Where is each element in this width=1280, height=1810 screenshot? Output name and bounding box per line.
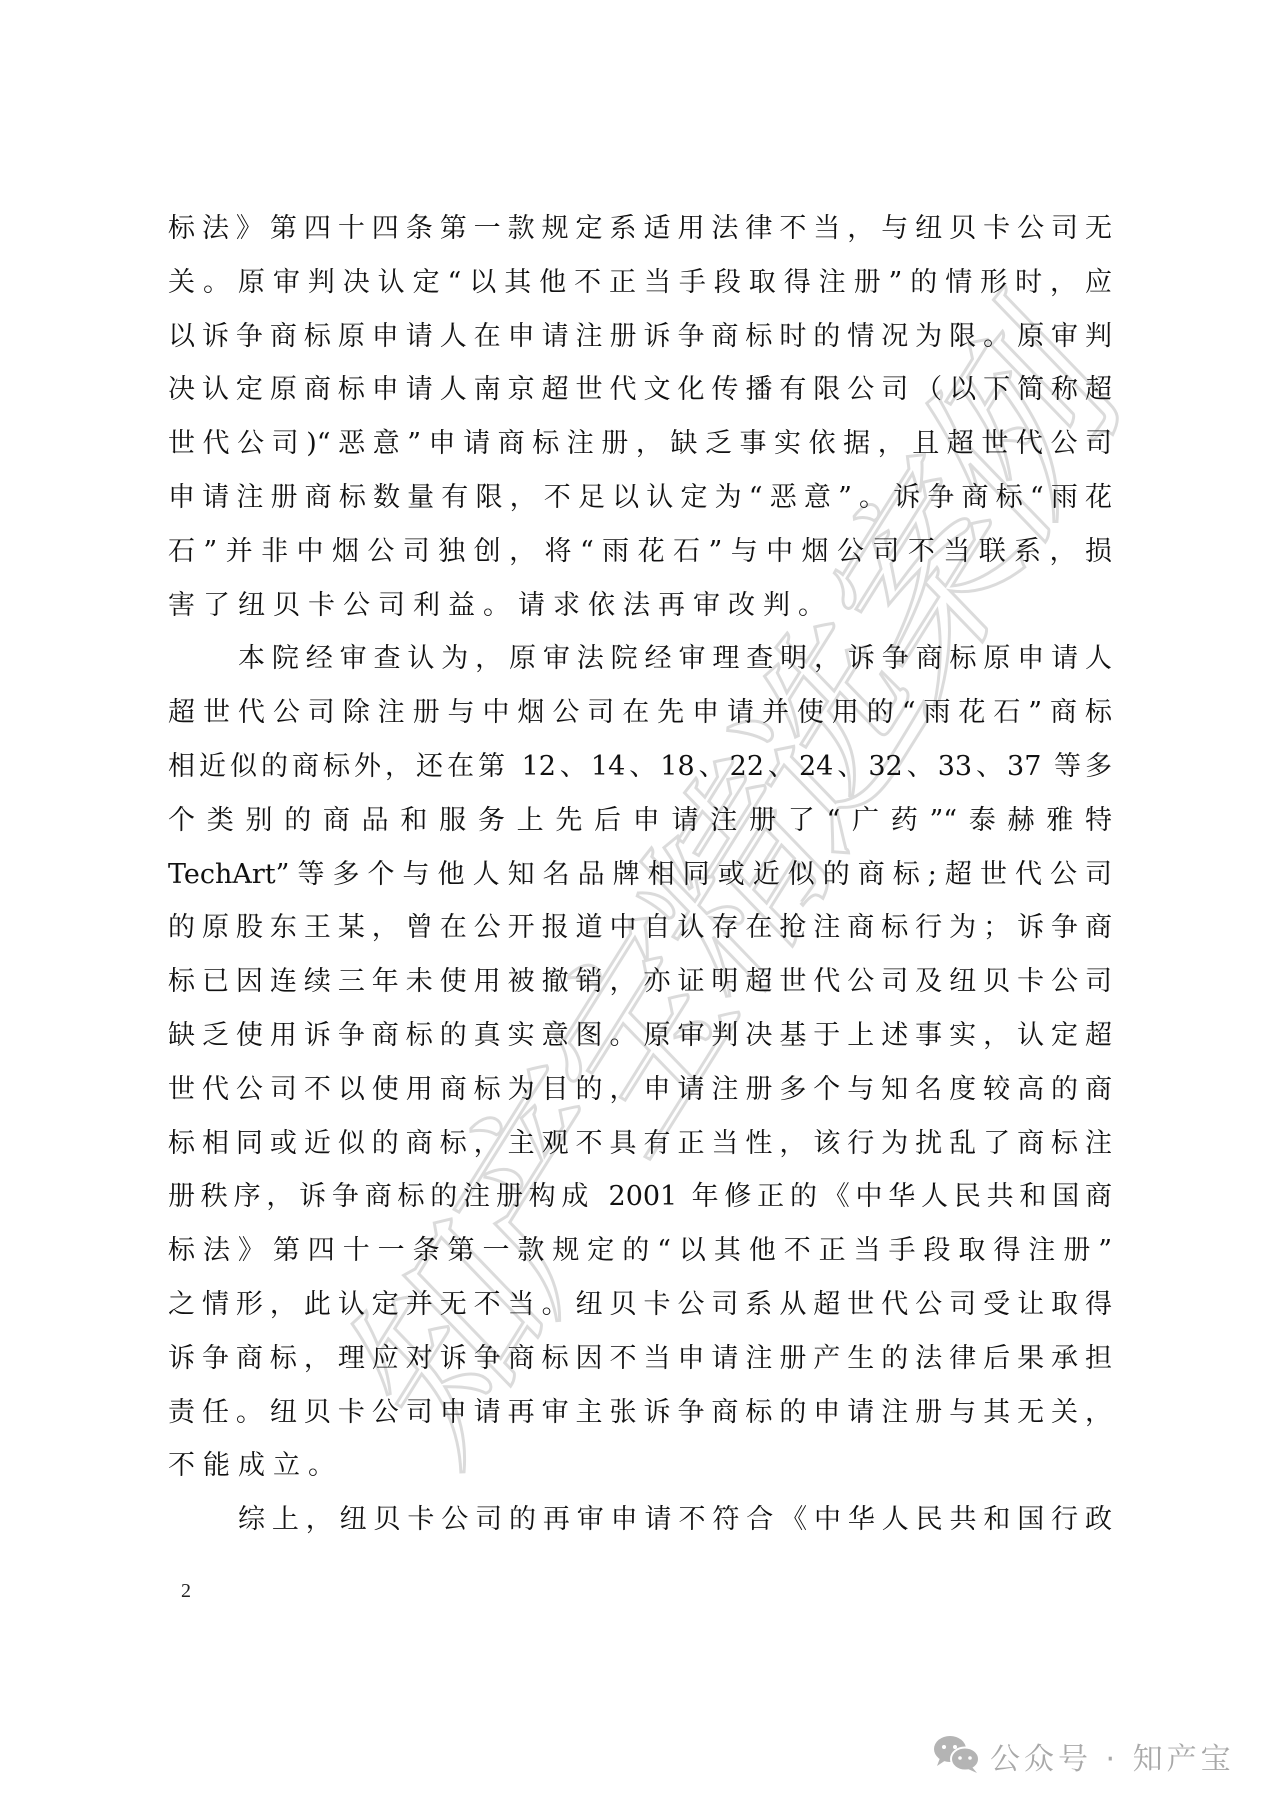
paragraph-start-line: 综上，纽贝卡公司的再审申请不符合《中华人民共和国行政 <box>238 1503 1112 1537</box>
text-line: 不能成立。 <box>168 1449 343 1483</box>
text-line: 决认定原商标申请人南京超世代文化传播有限公司（以下简称超 <box>168 373 1112 407</box>
text-line: 石”并非中烟公司独创，将“雨花石”与中烟公司不当联系，损 <box>168 535 1112 569</box>
text-line: 个类别的商品和服务上先后申请注册了“广药”“泰赫雅特 <box>168 804 1112 838</box>
text-line: 之情形，此认定并无不当。纽贝卡公司系从超世代公司受让取得 <box>168 1288 1112 1322</box>
text-line: 标已因连续三年未使用被撤销，亦证明超世代公司及纽贝卡公司 <box>168 965 1112 999</box>
footer-account-label: 公众号 · 知产宝 <box>932 1734 1235 1778</box>
wechat-icon <box>932 1734 982 1778</box>
document-page: 知产宝精选案例 标法》第四十四条第一款规定系适用法律不当，与纽贝卡公司无 关。原… <box>0 0 1280 1810</box>
text-line: 册秩序，诉争商标的注册构成 2001 年修正的《中华人民共和国商 <box>168 1180 1112 1214</box>
text-line: 标相同或近似的商标，主观不具有正当性，该行为扰乱了商标注 <box>168 1127 1112 1161</box>
paragraph-start-line: 本院经审查认为，原审法院经审理查明，诉争商标原申请人 <box>238 642 1112 676</box>
text-line: 诉争商标，理应对诉争商标因不当申请注册产生的法律后果承担 <box>168 1342 1112 1376</box>
text-line: 标法》第四十四条第一款规定系适用法律不当，与纽贝卡公司无 <box>168 212 1112 246</box>
text-line: 害了纽贝卡公司利益。请求依法再审改判。 <box>168 589 833 623</box>
text-line: 申请注册商标数量有限，不足以认定为“恶意”。诉争商标“雨花 <box>168 481 1112 515</box>
text-line: 关。原审判决认定“以其他不正当手段取得注册”的情形时，应 <box>168 266 1112 300</box>
text-line: TechArt”等多个与他人知名品牌相同或近似的商标;超世代公司 <box>168 858 1112 892</box>
footer-label: 公众号 · 知产宝 <box>990 1734 1235 1778</box>
text-line: 的原股东王某，曾在公开报道中自认存在抢注商标行为；诉争商 <box>168 911 1112 945</box>
text-line: 世代公司)“恶意”申请商标注册，缺乏事实依据，且超世代公司 <box>168 427 1112 461</box>
text-line: 世代公司不以使用商标为目的，申请注册多个与知名度较高的商 <box>168 1073 1112 1107</box>
page-number: 2 <box>181 1580 191 1603</box>
text-line: 相近似的商标外，还在第 12、14、18、22、24、32、33、37 等多 <box>168 750 1112 784</box>
text-line: 以诉争商标原申请人在申请注册诉争商标时的情况为限。原审判 <box>168 320 1112 354</box>
text-line: 超世代公司除注册与中烟公司在先申请并使用的“雨花石”商标 <box>168 696 1112 730</box>
text-line: 缺乏使用诉争商标的真实意图。原审判决基于上述事实，认定超 <box>168 1019 1112 1053</box>
text-line: 责任。纽贝卡公司申请再审主张诉争商标的申请注册与其无关， <box>168 1396 1112 1430</box>
text-line: 标法》第四十一条第一款规定的“以其他不正当手段取得注册” <box>168 1234 1112 1268</box>
